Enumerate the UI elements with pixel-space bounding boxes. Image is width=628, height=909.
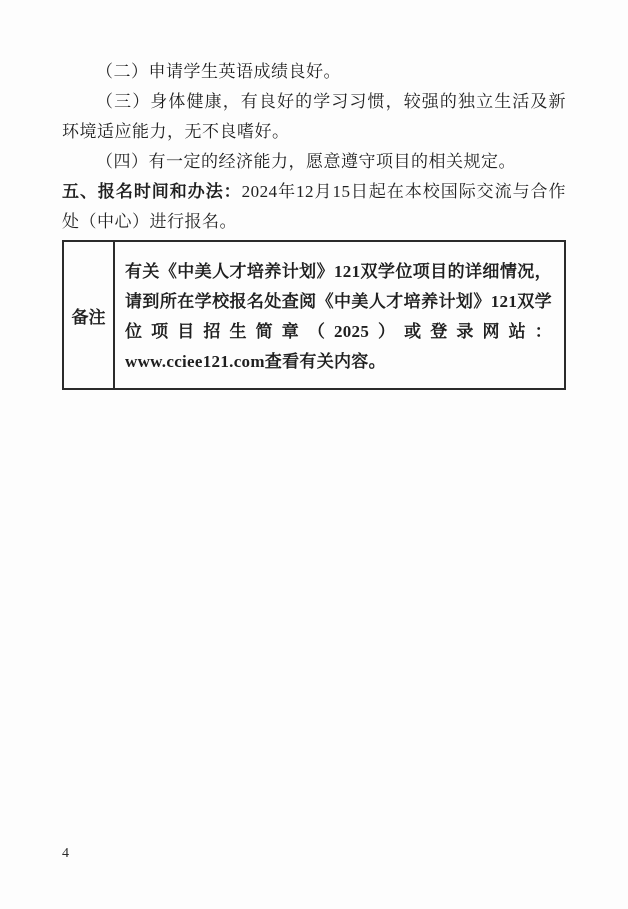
document-body: （二）申请学生英语成绩良好。 （三）身体健康，有良好的学习习惯，较强的独立生活及… [0, 0, 628, 390]
section-5-heading: 五、报名时间和办法： [62, 182, 242, 201]
note-content-cell: 有关《中美人才培养计划》121双学位项目的详细情况，请到所在学校报名处查阅《中美… [115, 242, 564, 388]
page-number: 4 [62, 846, 69, 862]
document-page: （二）申请学生英语成绩良好。 （三）身体健康，有良好的学习习惯，较强的独立生活及… [0, 0, 628, 909]
list-item-4: （四）有一定的经济能力，愿意遵守项目的相关规定。 [62, 147, 566, 177]
section-5-paragraph: 五、报名时间和办法：2024年12月15日起在本校国际交流与合作处（中心）进行报… [62, 177, 566, 237]
list-item-2: （二）申请学生英语成绩良好。 [62, 57, 566, 87]
list-item-3: （三）身体健康，有良好的学习习惯，较强的独立生活及新环境适应能力，无不良嗜好。 [62, 87, 566, 147]
note-label-cell: 备注 [64, 242, 115, 388]
note-content: 有关《中美人才培养计划》121双学位项目的详细情况，请到所在学校报名处查阅《中美… [125, 257, 552, 377]
note-table: 备注 有关《中美人才培养计划》121双学位项目的详细情况，请到所在学校报名处查阅… [62, 240, 566, 390]
note-label: 备注 [72, 303, 106, 328]
